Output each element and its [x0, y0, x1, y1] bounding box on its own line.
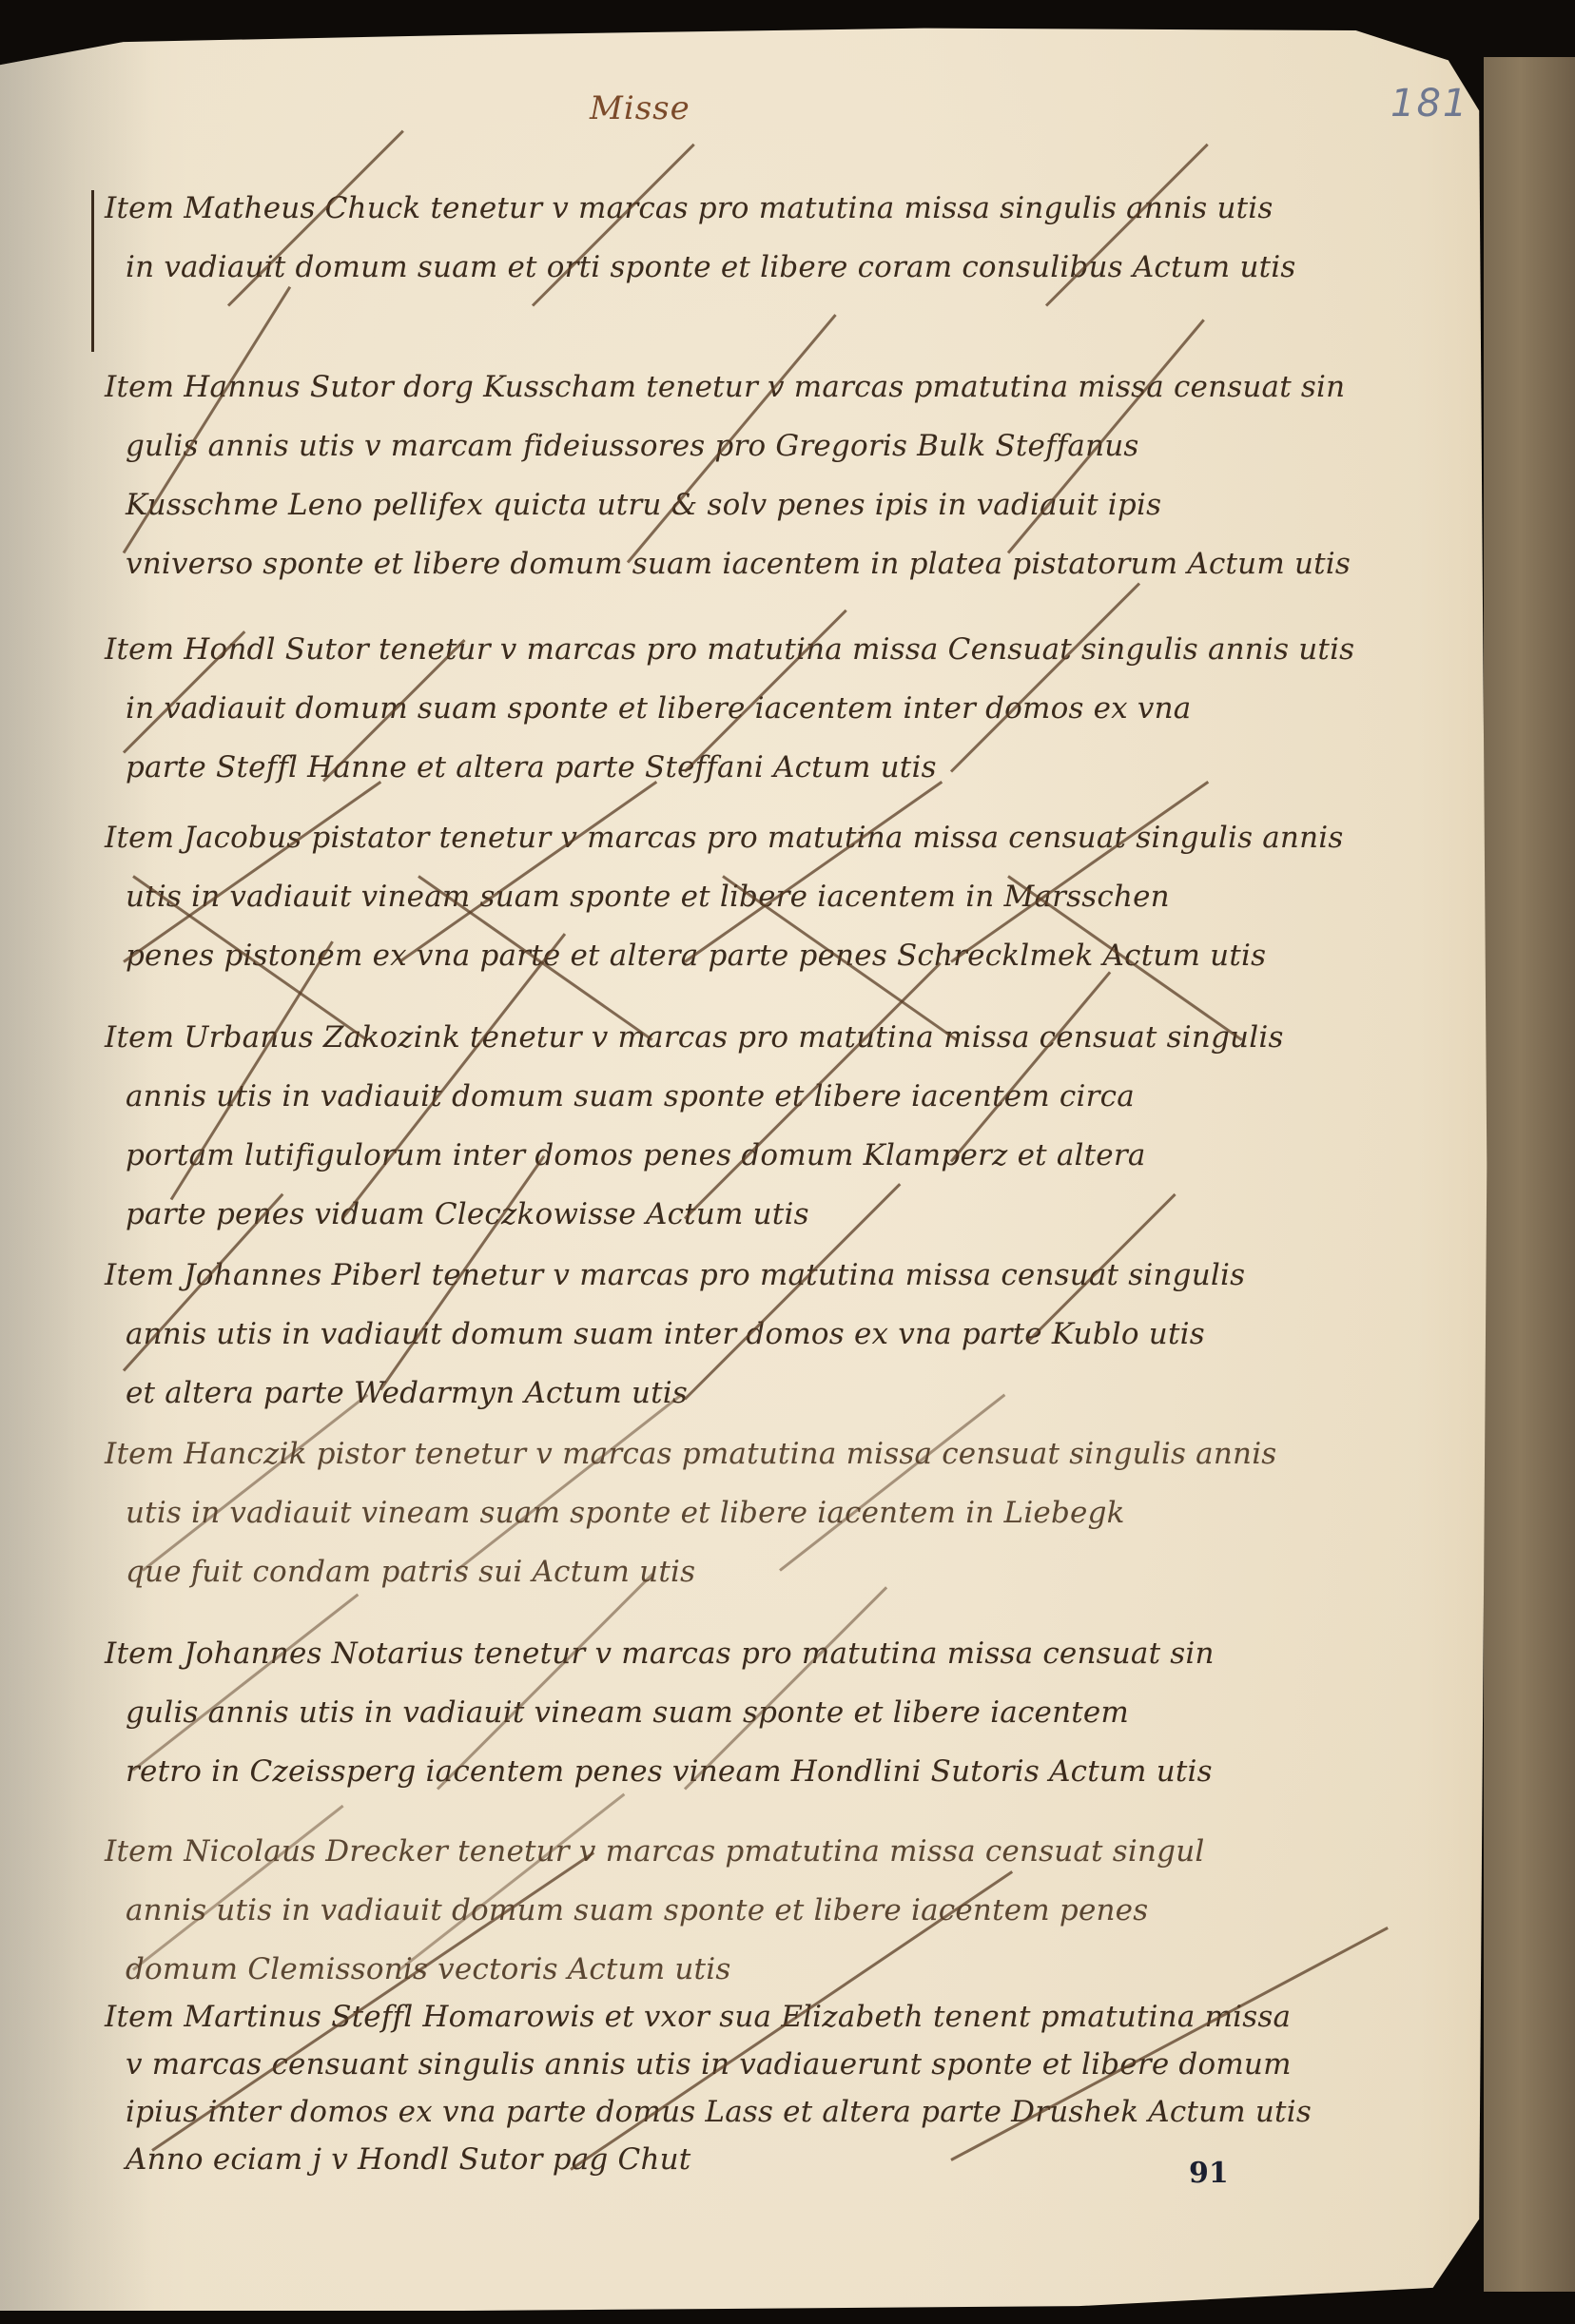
- entry-4: Item Jacobus pistator tenetur v marcas p…: [105, 808, 1474, 985]
- entry-line: gulis annis utis in vadiauit vineam suam…: [105, 1683, 1474, 1742]
- page-heading: Misse: [590, 89, 690, 127]
- entry-line: portam lutifigulorum inter domos penes d…: [105, 1126, 1474, 1185]
- entry-line: et altera parte Wedarmyn Actum utis: [105, 1364, 1474, 1423]
- entry-line: vniverso sponte et libere domum suam iac…: [105, 534, 1474, 593]
- manuscript-page: Misse 181 Item Matheus Chuck tenetur v m…: [0, 19, 1541, 2311]
- entry-line: Item Hondl Sutor tenetur v marcas pro ma…: [105, 620, 1474, 679]
- entry-line: Item Urbanus Zakozink tenetur v marcas p…: [105, 1008, 1474, 1067]
- entry-line: in vadiauit domum suam et orti sponte et…: [105, 238, 1474, 297]
- entry-line: in vadiauit domum suam sponte et libere …: [105, 679, 1474, 738]
- entry-7: Item Hanczik pistor tenetur v marcas pma…: [105, 1424, 1474, 1601]
- entry-line: utis in vadiauit vineam suam sponte et l…: [105, 867, 1474, 926]
- entry-line: retro in Czeissperg iacentem penes vinea…: [105, 1742, 1474, 1801]
- entry-8: Item Johannes Notarius tenetur v marcas …: [105, 1624, 1474, 1801]
- entry-line: Kusschme Leno pellifex quicta utru & sol…: [105, 475, 1474, 534]
- archive-stamp-number: 91: [1189, 2157, 1229, 2190]
- entry-line: Item Matheus Chuck tenetur v marcas pro …: [105, 179, 1474, 238]
- entry-line: v marcas censuant singulis annis utis in…: [105, 2041, 1474, 2088]
- entry-3: Item Hondl Sutor tenetur v marcas pro ma…: [105, 620, 1474, 797]
- entry-line: Item Hanczik pistor tenetur v marcas pma…: [105, 1424, 1474, 1483]
- entry-line: parte Steffl Hanne et altera parte Steff…: [105, 738, 1474, 797]
- entry-line: annis utis in vadiauit domum suam sponte…: [105, 1067, 1474, 1126]
- entry-6: Item Johannes Piberl tenetur v marcas pr…: [105, 1246, 1474, 1423]
- entry-line: utis in vadiauit vineam suam sponte et l…: [105, 1483, 1474, 1542]
- entry-line: Anno eciam j v Hondl Sutor pag Chut: [105, 2136, 1474, 2183]
- entry-bracket-mark: [91, 190, 100, 352]
- entry-line: annis utis in vadiauit domum suam sponte…: [105, 1881, 1474, 1940]
- entry-line: gulis annis utis v marcam fideiussores p…: [105, 416, 1474, 475]
- entry-line: annis utis in vadiauit domum suam inter …: [105, 1305, 1474, 1364]
- entry-2: Item Hannus Sutor dorg Kusscham tenetur …: [105, 358, 1474, 593]
- entry-5: Item Urbanus Zakozink tenetur v marcas p…: [105, 1008, 1474, 1244]
- entry-line: ipius inter domos ex vna parte domus Las…: [105, 2088, 1474, 2136]
- folio-number: 181: [1390, 82, 1468, 126]
- entry-line: parte penes viduam Cleczkowisse Actum ut…: [105, 1185, 1474, 1244]
- book-binding-edge: [1484, 57, 1575, 2292]
- entry-line: que fuit condam patris sui Actum utis: [105, 1542, 1474, 1601]
- entry-9: Item Nicolaus Drecker tenetur v marcas p…: [105, 1822, 1474, 1999]
- entry-1: Item Matheus Chuck tenetur v marcas pro …: [105, 179, 1474, 297]
- entry-line: Item Jacobus pistator tenetur v marcas p…: [105, 808, 1474, 867]
- entry-line: Item Martinus Steffl Homarowis et vxor s…: [105, 1993, 1474, 2041]
